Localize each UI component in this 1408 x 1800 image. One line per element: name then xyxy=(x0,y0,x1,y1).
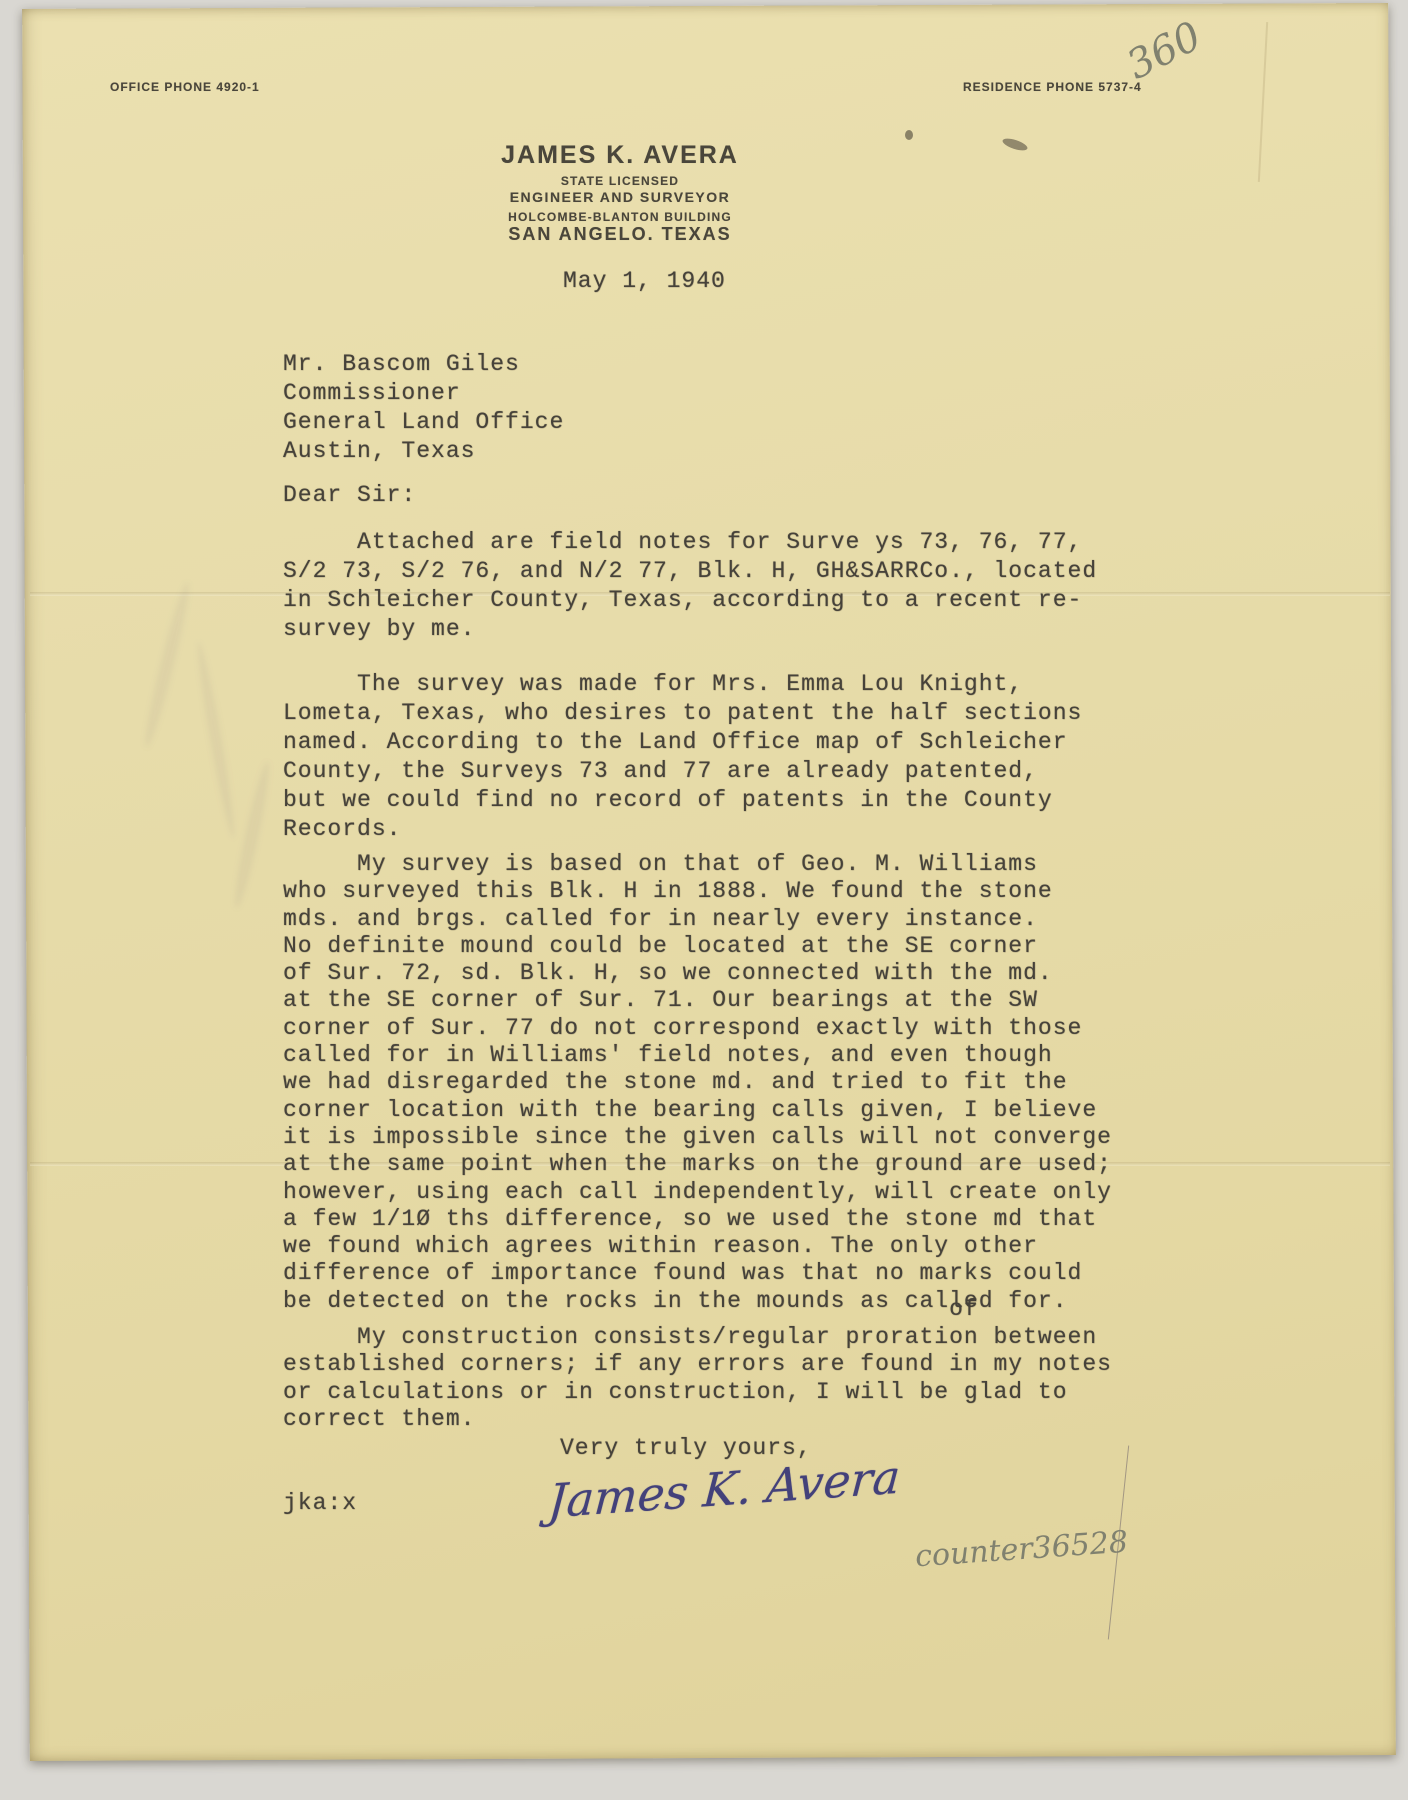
typed-line: No definite mound could be located at th… xyxy=(283,933,1112,960)
typist-initials: jka:x xyxy=(283,1490,357,1516)
letter-date: May 1, 1940 xyxy=(563,268,726,294)
letterhead-subtitle-profession: ENGINEER AND SURVEYOR xyxy=(470,189,770,205)
typed-line: My survey is based on that of Geo. M. Wi… xyxy=(283,851,1112,878)
typed-line: it is impossible since the given calls w… xyxy=(283,1124,1112,1151)
typed-line: however, using each call independently, … xyxy=(283,1179,1112,1206)
typed-line: Attached are field notes for Surve ys 73… xyxy=(283,528,1097,557)
scanned-letter-document: { "colors": { "paper": "#e7dcaa", "backd… xyxy=(0,0,1408,1800)
residence-phone-label: RESIDENCE PHONE 5737-4 xyxy=(963,80,1142,94)
letterhead-subtitle-building: HOLCOMBE-BLANTON BUILDING xyxy=(470,210,770,224)
typed-line: S/2 73, S/2 76, and N/2 77, Blk. H, GH&S… xyxy=(283,557,1097,586)
typed-line: called for in Williams' field notes, and… xyxy=(283,1042,1112,1069)
typed-line: difference of importance found was that … xyxy=(283,1260,1112,1287)
typed-line: mds. and brgs. called for in nearly ever… xyxy=(283,906,1112,933)
body-paragraph-4-with-insert: of My construction consists/regular pror… xyxy=(283,1296,1112,1434)
typed-line: corner of Sur. 77 do not correspond exac… xyxy=(283,1015,1112,1042)
typed-line: The survey was made for Mrs. Emma Lou Kn… xyxy=(283,670,1082,699)
typed-line: a few 1/1Ø ths difference, so we used th… xyxy=(283,1206,1112,1233)
ink-speck xyxy=(905,130,913,140)
typed-line: we found which agrees within reason. The… xyxy=(283,1233,1112,1260)
typed-line: named. According to the Land Office map … xyxy=(283,728,1082,757)
typed-line: at the same point when the marks on the … xyxy=(283,1151,1112,1178)
typed-line: in Schleicher County, Texas, according t… xyxy=(283,586,1097,615)
body-paragraph-2: The survey was made for Mrs. Emma Lou Kn… xyxy=(283,670,1082,844)
typed-line: survey by me. xyxy=(283,615,1097,644)
typed-line: correct them. xyxy=(283,1406,1112,1434)
recipient-address-block: Mr. Bascom GilesCommissionerGeneral Land… xyxy=(283,350,564,466)
typed-line: County, the Surveys 73 and 77 are alread… xyxy=(283,757,1082,786)
typed-line: or calculations or in construction, I wi… xyxy=(283,1379,1112,1407)
typed-line: Austin, Texas xyxy=(283,437,564,466)
body-paragraph-3: My survey is based on that of Geo. M. Wi… xyxy=(283,851,1112,1315)
typed-line: My construction consists/regular prorati… xyxy=(283,1324,1112,1352)
typed-line: Records. xyxy=(283,815,1082,844)
typed-line: General Land Office xyxy=(283,408,564,437)
typed-line: but we could find no record of patents i… xyxy=(283,786,1082,815)
typed-line: who surveyed this Blk. H in 1888. We fou… xyxy=(283,878,1112,905)
typed-line: Mr. Bascom Giles xyxy=(283,350,564,379)
typed-line: established corners; if any errors are f… xyxy=(283,1351,1112,1379)
typed-line: corner location with the bearing calls g… xyxy=(283,1097,1112,1124)
typed-line: of xyxy=(283,1296,1112,1324)
letterhead-name: JAMES K. AVERA xyxy=(470,141,770,170)
body-paragraph-1: Attached are field notes for Surve ys 73… xyxy=(283,528,1097,644)
typed-line: Lometa, Texas, who desires to patent the… xyxy=(283,699,1082,728)
letterhead-subtitle-state-licensed: STATE LICENSED xyxy=(470,174,770,188)
salutation: Dear Sir: xyxy=(283,482,416,508)
office-phone-label: OFFICE PHONE 4920-1 xyxy=(110,80,260,94)
typed-line: at the SE corner of Sur. 71. Our bearing… xyxy=(283,987,1112,1014)
typed-line: we had disregarded the stone md. and tri… xyxy=(283,1069,1112,1096)
typed-line: Commissioner xyxy=(283,379,564,408)
typed-line: of Sur. 72, sd. Blk. H, so we connected … xyxy=(283,960,1112,987)
letterhead-subtitle-city: SAN ANGELO. TEXAS xyxy=(470,224,770,245)
closing-line: Very truly yours, xyxy=(560,1435,812,1461)
